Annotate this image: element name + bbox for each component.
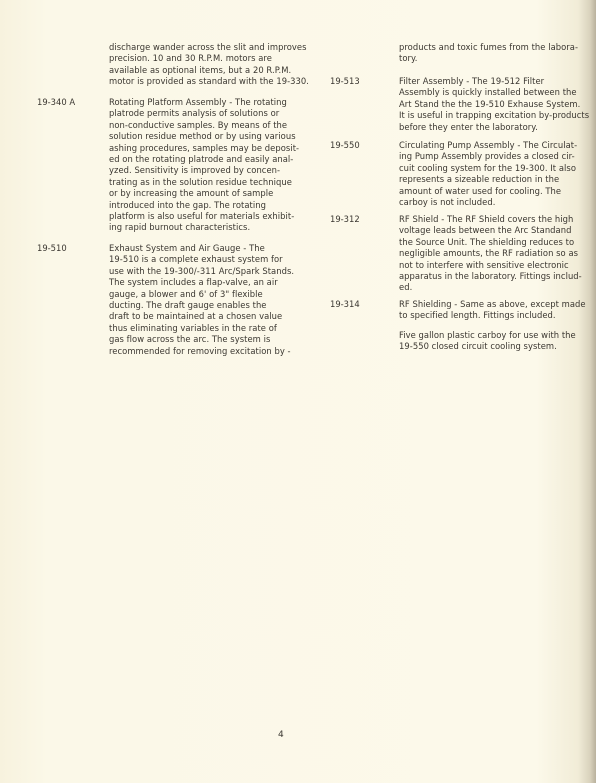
text-line: trating as in the solution residue techn… bbox=[109, 177, 299, 188]
text-line: ed. bbox=[399, 282, 582, 293]
text-line: cuit cooling system for the 19-300. It a… bbox=[399, 163, 577, 174]
entry-description: Exhaust System and Air Gauge - The 19-51… bbox=[109, 243, 294, 357]
text-line: use with the 19-300/-311 Arc/Spark Stand… bbox=[109, 266, 294, 277]
text-line: Exhaust System and Air Gauge - The bbox=[109, 243, 294, 254]
text-line: precision. 10 and 30 R.P.M. motors are bbox=[109, 53, 309, 64]
text-line: before they enter the laboratory. bbox=[399, 122, 589, 133]
text-line: introduced into the gap. The rotating bbox=[109, 200, 299, 211]
text-line: carboy is not included. bbox=[399, 197, 577, 208]
carboy-note: Five gallon plastic carboy for use with … bbox=[399, 330, 576, 353]
text-line: tory. bbox=[399, 53, 578, 64]
text-line: solution residue method or by using vari… bbox=[109, 131, 299, 142]
text-line: platrode permits analysis of solutions o… bbox=[109, 108, 299, 119]
right-continuation-text: products and toxic fumes from the labora… bbox=[399, 42, 578, 65]
text-line: voltage leads between the Arc Standand bbox=[399, 225, 582, 236]
text-line: ing rapid burnout characteristics. bbox=[109, 222, 299, 233]
text-line: 19-510 is a complete exhaust system for bbox=[109, 254, 294, 265]
text-line: ashing procedures, samples may be deposi… bbox=[109, 143, 299, 154]
text-line: Circulating Pump Assembly - The Circulat… bbox=[399, 140, 577, 151]
text-line: negligible amounts, the RF radiation so … bbox=[399, 248, 582, 259]
text-line: gas flow across the arc. The system is bbox=[109, 334, 294, 345]
text-line: The system includes a flap-valve, an air bbox=[109, 277, 294, 288]
text-line: motor is provided as standard with the 1… bbox=[109, 76, 309, 87]
text-line: Assembly is quickly installed between th… bbox=[399, 87, 589, 98]
text-line: ducting. The draft gauge enables the bbox=[109, 300, 294, 311]
entry-description: RF Shield - The RF Shield covers the hig… bbox=[399, 214, 582, 294]
text-line: to specified length. Fittings included. bbox=[399, 310, 586, 321]
part-number: 19-550 bbox=[330, 140, 360, 151]
text-line: Rotating Platform Assembly - The rotatin… bbox=[109, 97, 299, 108]
text-line: thus eliminating variables in the rate o… bbox=[109, 323, 294, 334]
text-line: ed on the rotating platrode and easily a… bbox=[109, 154, 299, 165]
document-page: discharge wander across the slit and imp… bbox=[0, 0, 596, 783]
text-line: yzed. Sensitivity is improved by concen- bbox=[109, 165, 299, 176]
text-line: products and toxic fumes from the labora… bbox=[399, 42, 578, 53]
part-number: 19-510 bbox=[37, 243, 67, 254]
part-number: 19-513 bbox=[330, 76, 360, 87]
text-line: platform is also useful for materials ex… bbox=[109, 211, 299, 222]
text-line: ing Pump Assembly provides a closed cir- bbox=[399, 151, 577, 162]
text-line: gauge, a blower and 6' of 3" flexible bbox=[109, 289, 294, 300]
text-line: Filter Assembly - The 19-512 Filter bbox=[399, 76, 589, 87]
text-line: recommended for removing excitation by - bbox=[109, 346, 294, 357]
text-line: not to interfere with sensitive electron… bbox=[399, 260, 582, 271]
text-line: apparatus in the laboratory. Fittings in… bbox=[399, 271, 582, 282]
text-line: Art Stand the the 19-510 Exhause System. bbox=[399, 99, 589, 110]
part-number: 19-312 bbox=[330, 214, 360, 225]
part-number: 19-340 A bbox=[37, 97, 75, 108]
text-line: non-conductive samples. By means of the bbox=[109, 120, 299, 131]
entry-description: Rotating Platform Assembly - The rotatin… bbox=[109, 97, 299, 234]
left-continuation-text: discharge wander across the slit and imp… bbox=[109, 42, 309, 88]
entry-description: RF Shielding - Same as above, except mad… bbox=[399, 299, 586, 322]
text-line: draft to be maintained at a chosen value bbox=[109, 311, 294, 322]
text-line: or by increasing the amount of sample bbox=[109, 188, 299, 199]
text-line: It is useful in trapping excitation by-p… bbox=[399, 110, 589, 121]
text-line: the Source Unit. The shielding reduces t… bbox=[399, 237, 582, 248]
entry-description: Filter Assembly - The 19-512 Filter Asse… bbox=[399, 76, 589, 133]
text-line: represents a sizeable reduction in the bbox=[399, 174, 577, 185]
text-line: Five gallon plastic carboy for use with … bbox=[399, 330, 576, 341]
text-line: available as optional items, but a 20 R.… bbox=[109, 65, 309, 76]
text-line: RF Shielding - Same as above, except mad… bbox=[399, 299, 586, 310]
text-line: amount of water used for cooling. The bbox=[399, 186, 577, 197]
text-line: RF Shield - The RF Shield covers the hig… bbox=[399, 214, 582, 225]
text-line: discharge wander across the slit and imp… bbox=[109, 42, 309, 53]
text-line: 19-550 closed circuit cooling system. bbox=[399, 341, 576, 352]
part-number: 19-314 bbox=[330, 299, 360, 310]
page-number: 4 bbox=[278, 730, 284, 740]
entry-description: Circulating Pump Assembly - The Circulat… bbox=[399, 140, 577, 208]
